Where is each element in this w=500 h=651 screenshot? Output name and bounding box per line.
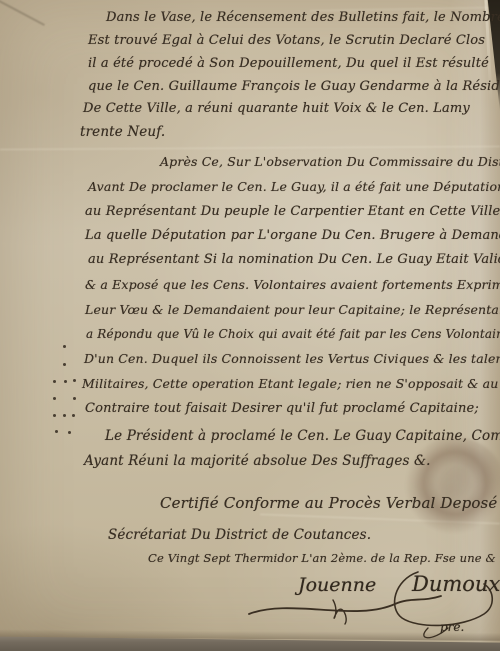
ink-dot [63, 414, 66, 417]
ink-dot [53, 380, 56, 383]
manuscript-line: Contraire tout faisait Desirer qu'il fut… [85, 401, 479, 416]
ink-dot [68, 431, 71, 434]
ink-dot [53, 414, 56, 417]
manuscript-line: a Répondu que Vû le Choix qui avait été … [86, 327, 500, 341]
manuscript-line: Est trouvé Egal à Celui des Votans, le S… [88, 33, 485, 48]
ink-dot [72, 414, 75, 417]
manuscript-line: trente Neuf. [80, 124, 165, 140]
ink-dot [63, 345, 66, 348]
manuscript-line: De Cette Ville, a réuni quarante huit Vo… [83, 101, 470, 116]
ink-dot [55, 430, 58, 433]
manuscript-line: Le Président à proclamé le Cen. Le Guay … [105, 428, 500, 444]
ink-dot [64, 380, 67, 383]
manuscript-line: que le Cen. Guillaume François le Guay G… [88, 79, 500, 94]
manuscript-line: Militaires, Cette operation Etant legale… [82, 376, 498, 391]
manuscript-line: Sécrétariat Du District de Coutances. [108, 527, 371, 543]
manuscript-line: Leur Vœu & le Demandaient pour leur Capi… [85, 302, 500, 317]
signature-annotation: pre. [440, 620, 464, 634]
faded-stamp-smudge [405, 437, 500, 533]
manuscript-line: D'un Cen. Duquel ils Connoissent les Ver… [84, 351, 500, 366]
manuscript-line: La quelle Députation par L'organe Du Cen… [85, 228, 500, 243]
manuscript-line-date: Ce Vingt Sept Thermidor L'an 2ème. de la… [148, 551, 500, 565]
ink-dot [63, 363, 66, 366]
manuscript-line-certification: Certifié Conforme au Procès Verbal Depos… [160, 494, 500, 512]
manuscript-line: Après Ce, Sur L'observation Du Commissai… [160, 154, 500, 169]
manuscript-line: il a été procedé à Son Depouillement, Du… [88, 56, 489, 71]
ink-dot [73, 397, 76, 400]
manuscript-line: Ayant Réuni la majorité absolue Des Suff… [84, 453, 431, 469]
manuscript-line: & a Exposé que les Cens. Volontaires ava… [85, 277, 500, 292]
manuscript-line: Avant De proclamer le Cen. Le Guay, il a… [88, 179, 500, 194]
ink-dot [73, 379, 76, 382]
manuscript-photo: { "doc": { "lines": [ "Dans le Vase, le … [0, 0, 500, 651]
manuscript-line: au Représentant Si la nomination Du Cen.… [88, 252, 500, 267]
manuscript-line: au Représentant Du peuple le Carpentier … [85, 204, 500, 219]
ink-dot [53, 397, 56, 400]
manuscript-line: Dans le Vase, le Récensement des Bulleti… [106, 10, 500, 25]
signature-flourish-icon [388, 566, 500, 646]
